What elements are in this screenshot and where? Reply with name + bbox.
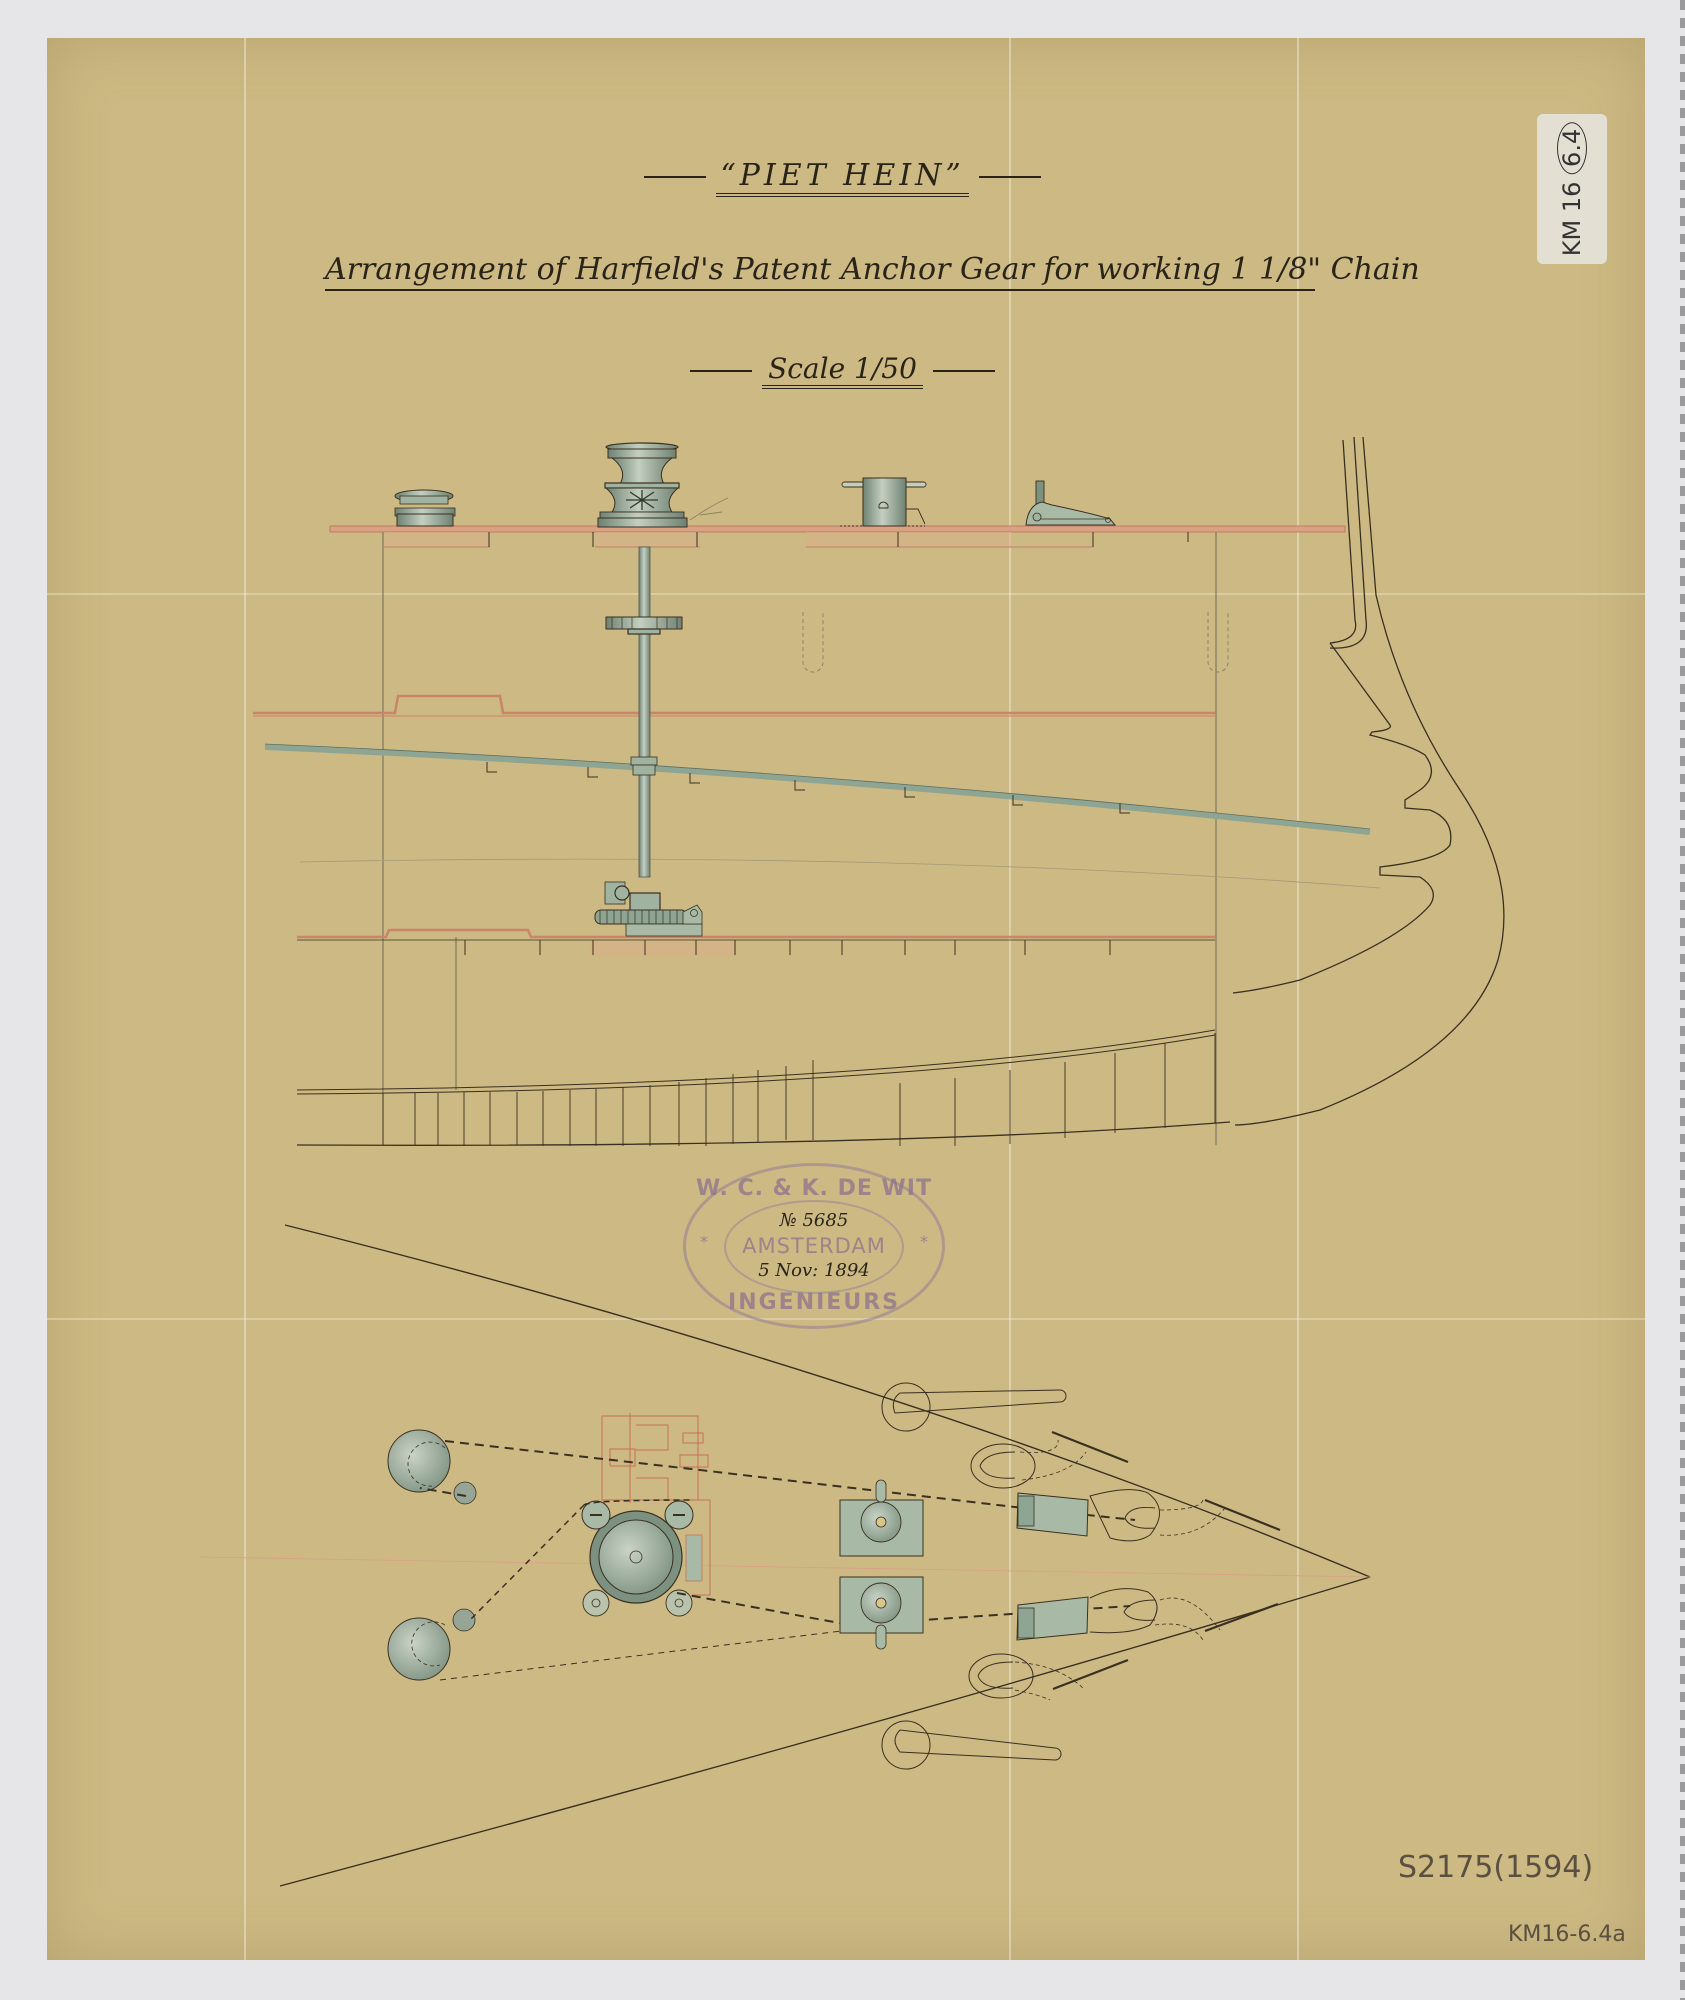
stamp-firm-name: W. C. & K. DE WIT [686, 1176, 942, 1201]
chain-pipes [388, 1430, 476, 1680]
bollard [840, 478, 926, 526]
scale-text: Scale 1/50 [762, 352, 923, 389]
cat-davits [882, 1383, 1066, 1769]
stamp-profession: INGENIEURS [686, 1290, 942, 1315]
middle-deck [253, 696, 1215, 716]
drawing-subtitle: Arrangement of Harfield's Patent Anchor … [325, 252, 1315, 291]
stamp-city: AMSTERDAM [686, 1234, 942, 1258]
keel [297, 1030, 1230, 1146]
archive-label: KM 16 6.4 [1537, 114, 1607, 264]
drawing-scale: Scale 1/50 [0, 352, 1685, 385]
small-capstan [395, 490, 455, 526]
riding-bitts [840, 1480, 923, 1649]
scale-rule-left [690, 370, 752, 372]
chain-paths [420, 1441, 1135, 1680]
upper-deck [330, 526, 1345, 547]
title-rule-left [644, 176, 706, 178]
worm-gear [595, 882, 702, 936]
archive-label-prefix: KM 16 [1558, 182, 1586, 257]
chain-stopper [1026, 481, 1115, 525]
archive-label-number: 6.4 [1557, 122, 1587, 174]
lower-deck [297, 930, 1215, 956]
stamp-date: 5 Nov: 1894 [686, 1260, 942, 1281]
engineer-stamp: W. C. & K. DE WIT * * № 5685 AMSTERDAM 5… [683, 1163, 945, 1329]
sloped-steel-deck [265, 744, 1370, 832]
title-rule-right [979, 176, 1041, 178]
side-elevation [253, 437, 1504, 1146]
chain-compressors [1017, 1493, 1088, 1640]
stamp-number: № 5685 [686, 1210, 942, 1231]
hull-outline-port [280, 1577, 1370, 1886]
scale-rule-right [933, 370, 995, 372]
windlass-drum [582, 1501, 702, 1616]
catalog-note: S2175(1594) [1398, 1850, 1593, 1885]
stem-profile [1233, 437, 1504, 1125]
drawing-title: “PIET HEIN” [0, 158, 1685, 193]
main-capstan [598, 443, 728, 527]
reference-note: KM16-6.4a [1508, 1922, 1626, 1947]
technical-drawing [0, 0, 1685, 2000]
ship-name: PIET HEIN [740, 158, 946, 193]
